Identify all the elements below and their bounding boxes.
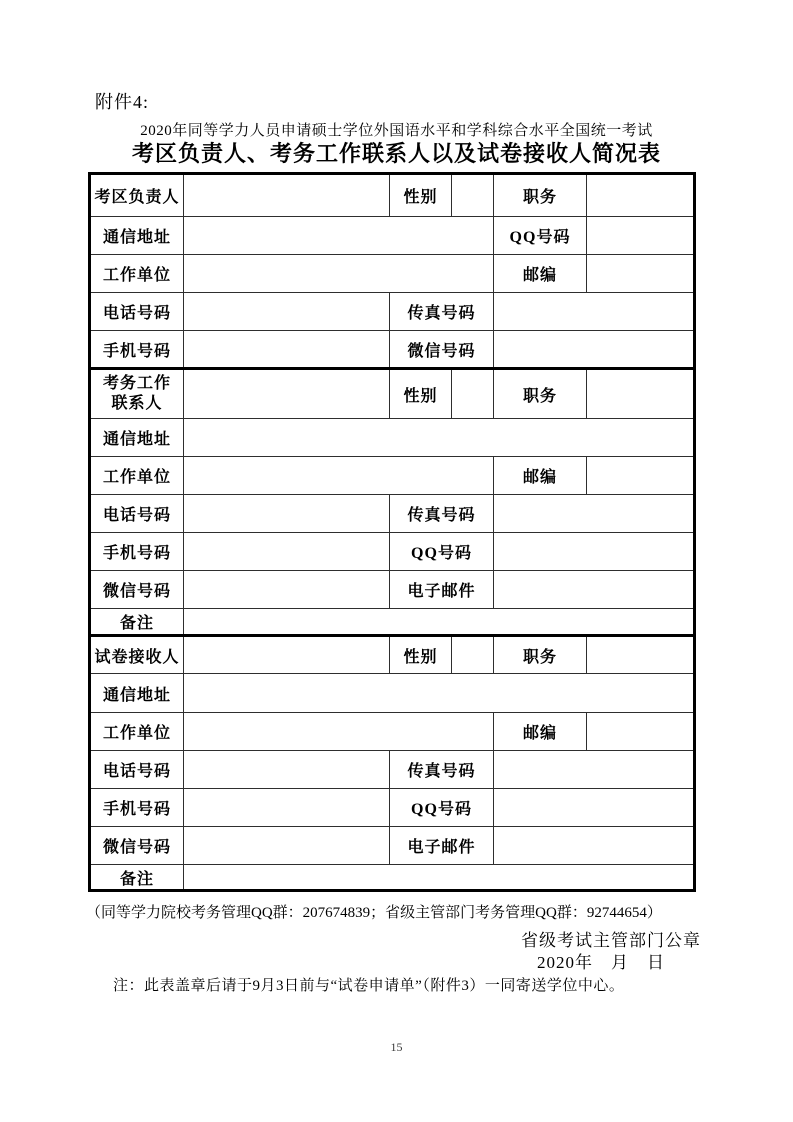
table-row: 微信号码 电子邮件 <box>90 571 695 609</box>
table-row: 手机号码 QQ号码 <box>90 533 695 571</box>
field-s1-gender <box>452 174 494 217</box>
label-qq-number: QQ号码 <box>494 217 587 255</box>
table-row: 工作单位 邮编 <box>90 713 695 751</box>
label-mobile-number: 手机号码 <box>90 331 184 369</box>
field-s2-work-unit <box>184 457 494 495</box>
field-s2-address <box>184 419 695 457</box>
date-line: 2020年 月 日 <box>537 948 665 973</box>
field-s2-gender <box>452 369 494 419</box>
label-contact-address: 通信地址 <box>90 674 184 713</box>
field-s2-qq <box>494 533 695 571</box>
table-row: 工作单位 邮编 <box>90 255 695 293</box>
field-s3-remarks <box>184 865 695 891</box>
field-s1-work-unit <box>184 255 494 293</box>
label-qq-number: QQ号码 <box>390 789 494 827</box>
field-s1-name <box>184 174 390 217</box>
table-row: 备注 <box>90 865 695 891</box>
field-s2-email <box>494 571 695 609</box>
label-wechat-number: 微信号码 <box>390 331 494 369</box>
label-phone-number: 电话号码 <box>90 495 184 533</box>
field-s3-mobile <box>184 789 390 827</box>
field-s2-wechat <box>184 571 390 609</box>
label-phone-number: 电话号码 <box>90 751 184 789</box>
field-s3-name <box>184 636 390 674</box>
field-s3-postal-code <box>587 713 695 751</box>
table-row: 通信地址 <box>90 419 695 457</box>
field-s3-work-unit <box>184 713 494 751</box>
label-gender: 性别 <box>390 369 452 419</box>
label-exam-area-leader: 考区负责人 <box>90 174 184 217</box>
field-s3-address <box>184 674 695 713</box>
field-s1-mobile <box>184 331 390 369</box>
field-s1-wechat <box>494 331 695 369</box>
table-row: 手机号码 QQ号码 <box>90 789 695 827</box>
page-number: 15 <box>0 1040 793 1055</box>
table-row: 电话号码 传真号码 <box>90 293 695 331</box>
field-s3-duty <box>587 636 695 674</box>
field-s2-remarks <box>184 609 695 636</box>
field-s2-name <box>184 369 390 419</box>
table-row: 微信号码 电子邮件 <box>90 827 695 865</box>
label-work-unit: 工作单位 <box>90 255 184 293</box>
field-s1-fax <box>494 293 695 331</box>
field-s1-qq <box>587 217 695 255</box>
table-row: 通信地址 <box>90 674 695 713</box>
contact-info-table: 考区负责人 性别 职务 通信地址 QQ号码 工作单位 邮编 电话号码 <box>88 172 696 892</box>
field-s2-postal-code <box>587 457 695 495</box>
label-mobile-number: 手机号码 <box>90 789 184 827</box>
label-qq-number: QQ号码 <box>390 533 494 571</box>
table-row: 备注 <box>90 609 695 636</box>
label-wechat-number: 微信号码 <box>90 827 184 865</box>
label-fax-number: 传真号码 <box>390 293 494 331</box>
field-s2-mobile <box>184 533 390 571</box>
label-fax-number: 传真号码 <box>390 495 494 533</box>
field-s3-phone <box>184 751 390 789</box>
label-gender: 性别 <box>390 636 452 674</box>
label-contact-address: 通信地址 <box>90 419 184 457</box>
label-email: 电子邮件 <box>390 571 494 609</box>
field-s1-address <box>184 217 494 255</box>
table-row: 工作单位 邮编 <box>90 457 695 495</box>
field-s2-phone <box>184 495 390 533</box>
label-phone-number: 电话号码 <box>90 293 184 331</box>
label-remarks: 备注 <box>90 865 184 891</box>
label-postal-code: 邮编 <box>494 713 587 751</box>
table-row: 电话号码 传真号码 <box>90 495 695 533</box>
field-s3-wechat <box>184 827 390 865</box>
document-page: 附件4: 2020年同等学力人员申请硕士学位外国语水平和学科综合水平全国统一考试… <box>0 0 793 1122</box>
table-row: 考区负责人 性别 职务 <box>90 174 695 217</box>
label-work-unit: 工作单位 <box>90 713 184 751</box>
label-duty: 职务 <box>494 636 587 674</box>
label-remarks: 备注 <box>90 609 184 636</box>
label-duty: 职务 <box>494 174 587 217</box>
field-s3-qq <box>494 789 695 827</box>
label-duty: 职务 <box>494 369 587 419</box>
attachment-label: 附件4: <box>95 88 149 114</box>
field-s1-phone <box>184 293 390 331</box>
label-wechat-number: 微信号码 <box>90 571 184 609</box>
label-gender: 性别 <box>390 174 452 217</box>
table-row: 考务工作 联系人 性别 职务 <box>90 369 695 419</box>
label-postal-code: 邮编 <box>494 255 587 293</box>
label-email: 电子邮件 <box>390 827 494 865</box>
label-mobile-number: 手机号码 <box>90 533 184 571</box>
field-s2-duty <box>587 369 695 419</box>
table-row: 电话号码 传真号码 <box>90 751 695 789</box>
form-title: 考区负责人、考务工作联系人以及试卷接收人简况表 <box>0 137 793 168</box>
table-row: 手机号码 微信号码 <box>90 331 695 369</box>
mailing-note: 注：此表盖章后请于9月3日前与“试卷申请单”（附件3）一同寄送学位中心。 <box>113 974 624 995</box>
field-s1-postal-code <box>587 255 695 293</box>
label-postal-code: 邮编 <box>494 457 587 495</box>
table-row: 试卷接收人 性别 职务 <box>90 636 695 674</box>
field-s1-duty <box>587 174 695 217</box>
label-exam-affairs-contact: 考务工作 联系人 <box>90 369 184 419</box>
label-work-unit: 工作单位 <box>90 457 184 495</box>
field-s2-fax <box>494 495 695 533</box>
label-fax-number: 传真号码 <box>390 751 494 789</box>
qq-group-note: （同等学力院校考务管理QQ群：207674839；省级主管部门考务管理QQ群：9… <box>86 901 662 922</box>
label-paper-receiver: 试卷接收人 <box>90 636 184 674</box>
field-s3-gender <box>452 636 494 674</box>
field-s3-fax <box>494 751 695 789</box>
table-row: 通信地址 QQ号码 <box>90 217 695 255</box>
field-s3-email <box>494 827 695 865</box>
label-contact-address: 通信地址 <box>90 217 184 255</box>
